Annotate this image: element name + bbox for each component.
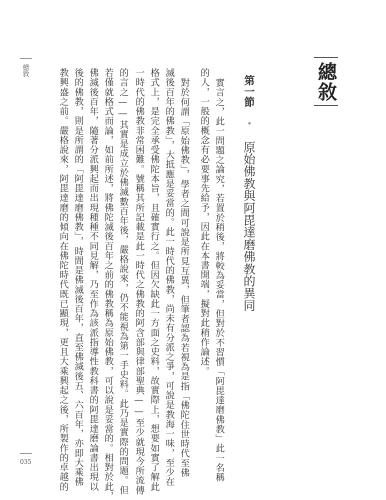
body-column-9: 佛滅後百年，隨著分派興起而出現種種不同見解，乃至作為該派指導性教科書的阿毘達磨論… <box>88 68 97 491</box>
body-column-2: 的人，一般的概念有必要事先給予，因此在本書開端，擬對此稍作論述。 <box>199 68 208 376</box>
running-title-rule <box>20 58 32 59</box>
body-column-7: 的言之——其實是成立於佛滅數百年後，嚴格說來，仍不能視為第一手史料。此乃是實際的… <box>118 68 127 495</box>
body-column-10: 後的佛教，則是所謂的「阿毘達磨佛教」，時間是佛滅後百年，直至佛滅後五、六百年，亦… <box>73 68 82 487</box>
body-column-3: 對於何謂「原始佛教」，學者之間可說是所見互異，但筆者認為若視為是指「佛陀住世時代… <box>179 78 188 477</box>
section-number: 第一節 <box>243 75 255 107</box>
chapter-rule-top <box>314 57 338 58</box>
section-title: 原始佛教與阿毘達磨佛教的異同 <box>242 141 256 312</box>
page-number-rule <box>20 453 32 454</box>
body-column-1: 實言之，此一問題之論究，若置於稍後，將較為妥當，但對於不習慣「阿毘達磨佛教」此一… <box>214 78 223 482</box>
body-column-11: 教興盛之前。嚴格說來，阿毘達磨的傾向在佛陀時代既已顯現，更且大乘興起之後，所製作… <box>58 68 67 491</box>
section-heading: 第一節 • 原始佛教與阿毘達磨佛教的異同 <box>243 75 255 312</box>
chapter-title-block: 總敘 <box>314 57 338 105</box>
chapter-title: 總敘 <box>316 62 335 102</box>
chapter-rule-bottom <box>314 105 338 106</box>
page-number: 035 <box>20 459 31 466</box>
book-page: 總敘 第一節 • 原始佛教與阿毘達磨佛教的異同 實言之，此一問題之論究，若置於稍… <box>0 0 386 500</box>
body-column-5: 格式上，是完全承受佛陀本旨，且確實行之。但因欠缺此一方面之史料，故實際上，想要如… <box>149 68 158 491</box>
section-separator-icon: • <box>245 119 254 128</box>
body-column-6: 一時代的佛教非常困難。號稱其所記載是此一時代之佛教的阿含部與律部聖典——至少就現… <box>134 68 143 495</box>
body-column-8: 若僅就格式而論，如前所述，將佛陀滅後百年之前的佛教稱為原始佛教，可以說是妥當的。… <box>103 68 112 500</box>
running-title: 總敘 <box>22 64 29 77</box>
body-column-4: 滅後百年的佛教」，大抵應是妥當的。此一時代的佛教，尚未有分派之爭，可說是教海一味… <box>164 68 173 487</box>
